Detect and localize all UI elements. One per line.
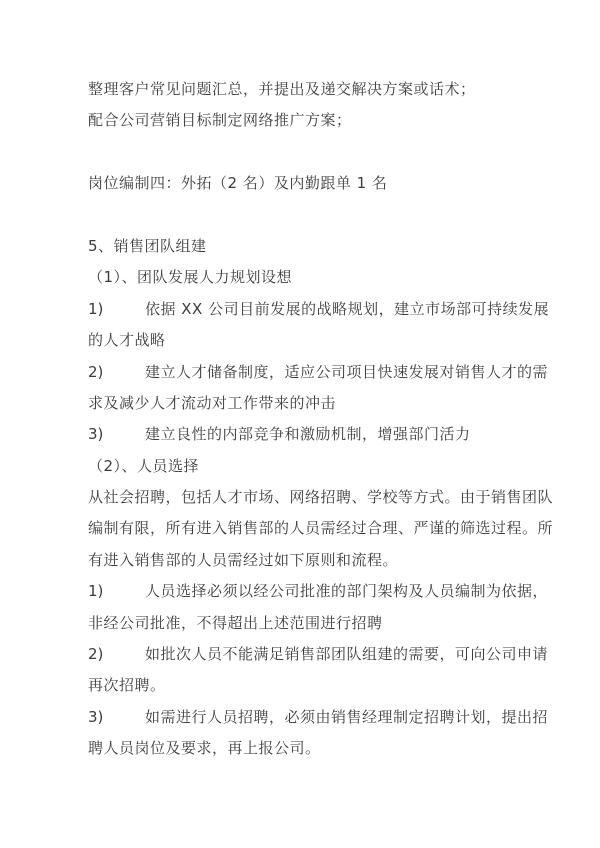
line-text: 建立人才储备制度，适应公司项目快速发展对销售人才的需 — [145, 363, 548, 381]
line-text: 再次招聘。 — [88, 676, 166, 694]
paragraph-line: 整理客户常见问题汇总，并提出及递交解决方案或话术； — [88, 74, 560, 105]
paragraph-line: 配合公司营销目标制定网络推广方案； — [88, 105, 560, 136]
line-text: 如批次人员不能满足销售部团队组建的需要，可向公司申请 — [145, 645, 548, 663]
list-line: 3)如需进行人员招聘，必须由销售经理制定招聘计划，提出招 — [88, 702, 560, 733]
list-line: 2)如批次人员不能满足销售部团队组建的需要，可向公司申请 — [88, 639, 560, 670]
list-line: 非经公司批准，不得超出上述范围进行招聘 — [88, 608, 560, 639]
list-line: 2)建立人才储备制度，适应公司项目快速发展对销售人才的需 — [88, 357, 560, 388]
document-page: 整理客户常见问题汇总，并提出及递交解决方案或话术；配合公司营销目标制定网络推广方… — [0, 0, 600, 848]
blank-line — [88, 137, 560, 168]
list-line: 求及减少人才流动对工作带来的冲击 — [88, 388, 560, 419]
list-marker: 3) — [88, 702, 145, 733]
line-text: 依据 XX 公司目前发展的战略规划，建立市场部可持续发展 — [145, 300, 549, 318]
list-line: 3)建立良性的内部竞争和激励机制，增强部门活力 — [88, 419, 560, 450]
list-line: 聘人员岗位及要求，再上报公司。 — [88, 733, 560, 764]
list-line: 1)人员选择必须以经公司批准的部门架构及人员编制为依据， — [88, 576, 560, 607]
line-text: 有进入销售部的人员需经过如下原则和流程。 — [88, 551, 398, 569]
paragraph-line: 岗位编制四：外拓（2 名）及内勤跟单 1 名 — [88, 168, 560, 199]
paragraph-line: （1）、团队发展人力规划设想 — [88, 262, 560, 293]
list-marker: 1) — [88, 294, 145, 325]
paragraph-line: 编制有限，所有进入销售部的人员需经过合理、严谨的筛选过程。所 — [88, 513, 560, 544]
list-line: 再次招聘。 — [88, 670, 560, 701]
document-body: 整理客户常见问题汇总，并提出及递交解决方案或话术；配合公司营销目标制定网络推广方… — [88, 74, 560, 765]
line-text: 的人才战略 — [88, 331, 166, 349]
line-text: 从社会招聘，包括人才市场、网络招聘、学校等方式。由于销售团队 — [88, 488, 553, 506]
line-text: 如需进行人员招聘，必须由销售经理制定招聘计划，提出招 — [145, 708, 548, 726]
line-text: 非经公司批准，不得超出上述范围进行招聘 — [88, 614, 383, 632]
list-line: 的人才战略 — [88, 325, 560, 356]
paragraph-line: 5、销售团队组建 — [88, 231, 560, 262]
list-marker: 1) — [88, 576, 145, 607]
line-text: 聘人员岗位及要求，再上报公司。 — [88, 739, 321, 757]
line-text: （2）、人员选择 — [88, 457, 199, 475]
list-marker: 2) — [88, 639, 145, 670]
line-text: 整理客户常见问题汇总，并提出及递交解决方案或话术； — [88, 80, 476, 98]
line-text: 5、销售团队组建 — [88, 237, 207, 255]
line-text: 岗位编制四：外拓（2 名）及内勤跟单 1 名 — [88, 174, 387, 192]
line-text: （1）、团队发展人力规划设想 — [88, 268, 292, 286]
list-marker: 3) — [88, 419, 145, 450]
line-text: 人员选择必须以经公司批准的部门架构及人员编制为依据， — [145, 582, 548, 600]
line-text: 配合公司营销目标制定网络推广方案； — [88, 111, 352, 129]
paragraph-line: 有进入销售部的人员需经过如下原则和流程。 — [88, 545, 560, 576]
line-text: 求及减少人才流动对工作带来的冲击 — [88, 394, 336, 412]
paragraph-line: 从社会招聘，包括人才市场、网络招聘、学校等方式。由于销售团队 — [88, 482, 560, 513]
line-text: 编制有限，所有进入销售部的人员需经过合理、严谨的筛选过程。所 — [88, 519, 553, 537]
blank-line — [88, 200, 560, 231]
list-line: 1)依据 XX 公司目前发展的战略规划，建立市场部可持续发展 — [88, 294, 560, 325]
list-marker: 2) — [88, 357, 145, 388]
line-text: 建立良性的内部竞争和激励机制，增强部门活力 — [145, 425, 471, 443]
paragraph-line: （2）、人员选择 — [88, 451, 560, 482]
